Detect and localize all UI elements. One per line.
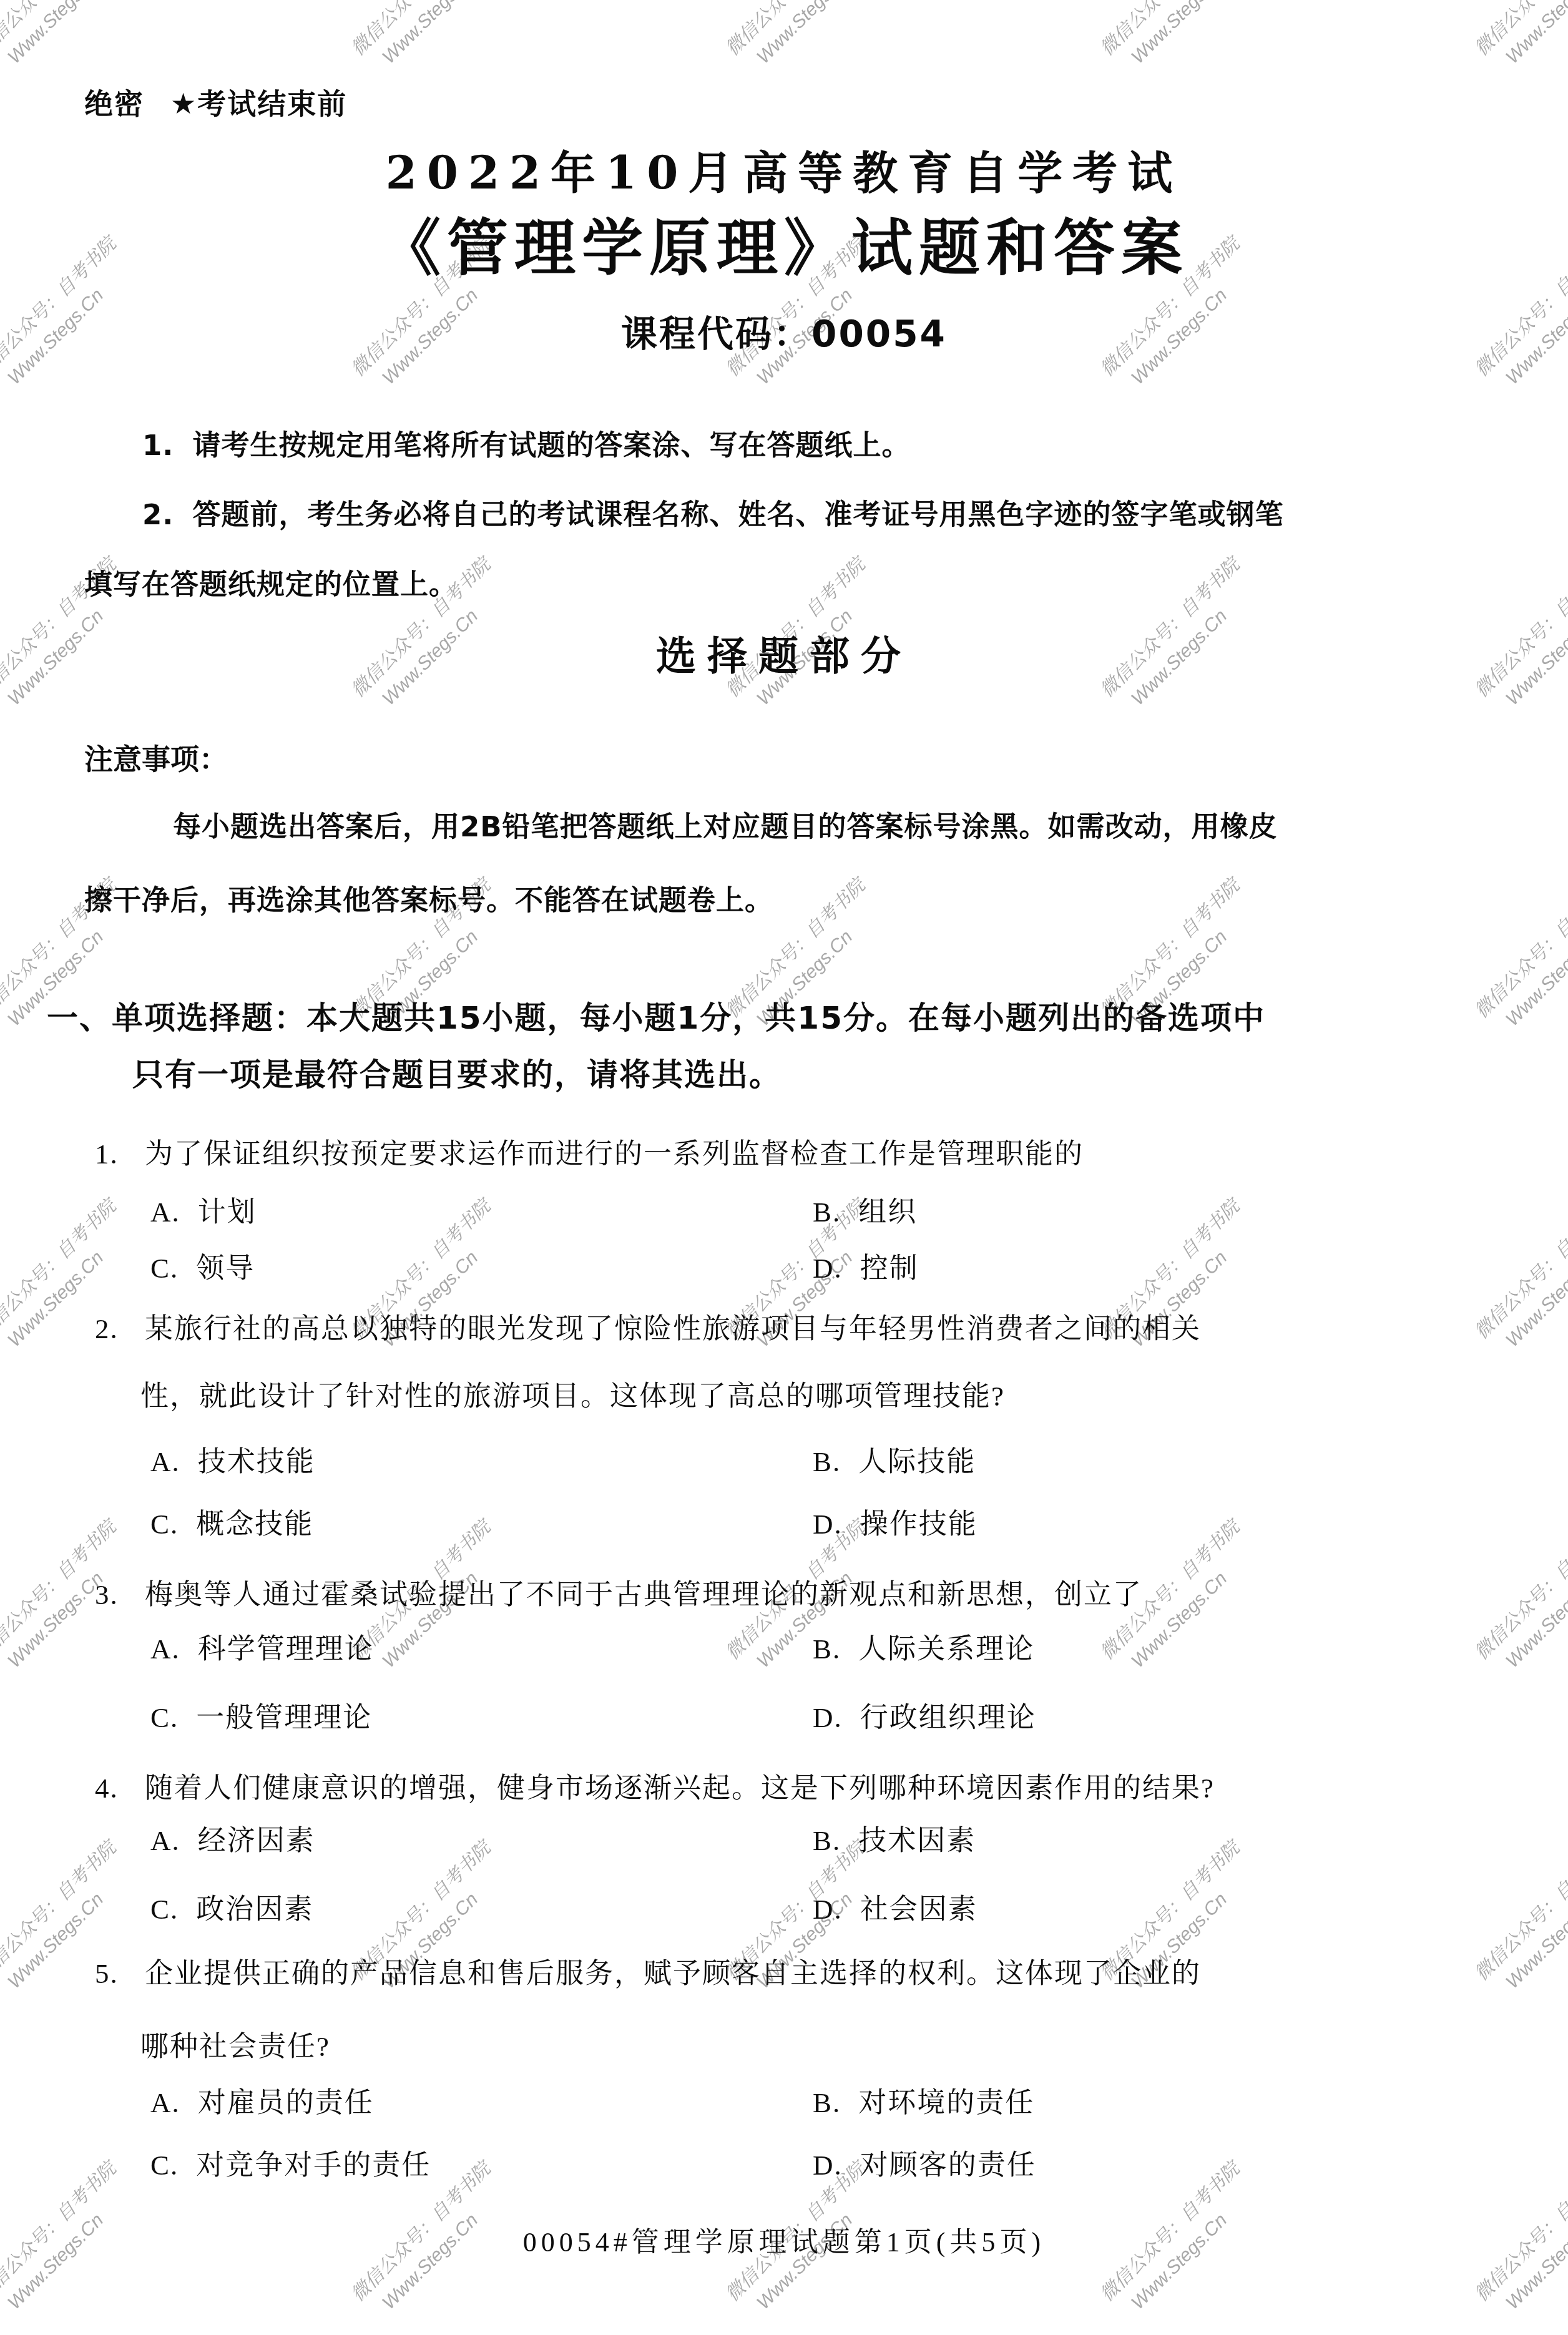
question-1-number: 1. bbox=[95, 1138, 119, 1171]
option-label: C. bbox=[150, 1702, 179, 1733]
option-label: A. bbox=[150, 1633, 180, 1665]
option-label: D. bbox=[813, 1894, 843, 1925]
option-label: B. bbox=[813, 2087, 841, 2118]
instruction-1: 1.请考生按规定用笔将所有试题的答案涂、写在答题纸上。 bbox=[142, 429, 910, 462]
option-label: A. bbox=[150, 1446, 180, 1477]
notice-label: 注意事项： bbox=[84, 743, 228, 776]
question-2-option-c: C.概念技能 bbox=[150, 1509, 313, 1541]
watermark: 微信公众号：自考书院Www.Stegs.Cn bbox=[1469, 1515, 1568, 1686]
question-1-option-d: D.控制 bbox=[813, 1253, 919, 1285]
option-label: C. bbox=[150, 1894, 179, 1925]
question-3-option-c: C.一般管理理论 bbox=[150, 1702, 372, 1735]
question-2-option-b: B.人际技能 bbox=[813, 1446, 976, 1479]
question-1-option-c: C.领导 bbox=[150, 1253, 255, 1285]
question-5-option-d: D.对顾客的责任 bbox=[813, 2150, 1036, 2182]
option-text: 技术技能 bbox=[198, 1446, 315, 1477]
question-5-option-c: C.对竞争对手的责任 bbox=[150, 2150, 431, 2182]
instruction-2-line1: 2.答题前，考生务必将自己的考试课程名称、姓名、准考证号用黑色字迹的签字笔或钢笔 bbox=[142, 499, 1283, 531]
question-2-number: 2. bbox=[95, 1313, 119, 1346]
watermark: 微信公众号：自考书院Www.Stegs.Cn bbox=[0, 1194, 142, 1365]
option-text: 行政组织理论 bbox=[860, 1702, 1036, 1733]
instruction-2-line2: 填写在答题纸规定的位置上。 bbox=[84, 569, 458, 601]
instruction-1-number: 1. bbox=[142, 429, 174, 462]
question-3-option-a: A.科学管理理论 bbox=[150, 1633, 374, 1666]
option-text: 概念技能 bbox=[196, 1509, 313, 1540]
question-5-stem-line1: 企业提供正确的产品信息和售后服务，赋予顾客自主选择的权利。这体现了企业的 bbox=[145, 1958, 1201, 1990]
question-2-stem-line1: 某旅行社的高总以独特的眼光发现了惊险性旅游项目与年轻男性消费者之间的相关 bbox=[145, 1313, 1201, 1346]
notice-line2: 擦干净后，再选涂其他答案标号。不能答在试题卷上。 bbox=[84, 884, 773, 917]
question-5-option-a: A.对雇员的责任 bbox=[150, 2087, 374, 2120]
question-2-stem-line2: 性，就此设计了针对性的旅游项目。这体现了高总的哪项管理技能? bbox=[140, 1381, 1005, 1413]
option-text: 社会因素 bbox=[860, 1894, 978, 1925]
question-3-option-b: B.人际关系理论 bbox=[813, 1633, 1034, 1666]
option-label: D. bbox=[813, 1509, 843, 1540]
watermark: 微信公众号：自考书院Www.Stegs.Cn bbox=[0, 1836, 142, 2007]
exam-paper-page: 微信公众号：自考书院Www.Stegs.Cn微信公众号：自考书院Www.Steg… bbox=[0, 0, 1568, 2335]
watermark: 微信公众号：自考书院Www.Stegs.Cn bbox=[345, 0, 516, 81]
option-text: 领导 bbox=[196, 1253, 255, 1284]
option-label: C. bbox=[150, 2150, 179, 2181]
question-2-option-a: A.技术技能 bbox=[150, 1446, 315, 1479]
watermark: 微信公众号：自考书院Www.Stegs.Cn bbox=[1094, 0, 1265, 81]
option-text: 对竞争对手的责任 bbox=[196, 2150, 431, 2181]
question-4-stem: 随着人们健康意识的增强，健身市场逐渐兴起。这是下列哪种环境因素作用的结果? bbox=[145, 1773, 1215, 1805]
question-1-option-b: B.组织 bbox=[813, 1197, 917, 1229]
question-type-heading-line1: 一、单项选择题：本大题共15小题，每小题1分，共15分。在每小题列出的备选项中 bbox=[47, 1001, 1265, 1037]
instruction-2-number: 2. bbox=[142, 498, 174, 531]
option-text: 政治因素 bbox=[196, 1894, 313, 1925]
question-4-option-d: D.社会因素 bbox=[813, 1894, 978, 1926]
watermark: 微信公众号：自考书院Www.Stegs.Cn bbox=[0, 0, 142, 81]
question-type-heading-line2: 只有一项是最符合题目要求的，请将其选出。 bbox=[132, 1057, 782, 1094]
option-text: 对环境的责任 bbox=[858, 2087, 1034, 2118]
question-1-option-a: A.计划 bbox=[150, 1197, 257, 1229]
option-label: B. bbox=[813, 1446, 841, 1477]
option-label: A. bbox=[150, 2087, 180, 2118]
option-text: 操作技能 bbox=[860, 1509, 978, 1540]
option-label: A. bbox=[150, 1825, 180, 1856]
question-4-option-a: A.经济因素 bbox=[150, 1825, 315, 1858]
option-text: 控制 bbox=[860, 1253, 919, 1284]
option-label: C. bbox=[150, 1509, 179, 1540]
secrecy-line: 绝密★考试结束前 bbox=[84, 87, 347, 120]
question-5-stem-line2: 哪种社会责任? bbox=[140, 2031, 330, 2063]
option-label: B. bbox=[813, 1825, 841, 1856]
question-1-stem: 为了保证组织按预定要求运作而进行的一系列监督检查工作是管理职能的 bbox=[145, 1138, 1084, 1171]
question-3-number: 3. bbox=[95, 1579, 119, 1612]
watermark: 微信公众号：自考书院Www.Stegs.Cn bbox=[0, 1515, 142, 1686]
option-text: 一般管理理论 bbox=[196, 1702, 372, 1733]
option-text: 对雇员的责任 bbox=[198, 2087, 374, 2118]
instruction-1-text: 请考生按规定用笔将所有试题的答案涂、写在答题纸上。 bbox=[192, 429, 910, 462]
watermark: 微信公众号：自考书院Www.Stegs.Cn bbox=[1469, 1836, 1568, 2007]
question-2-option-d: D.操作技能 bbox=[813, 1509, 978, 1541]
secrecy-note: ★考试结束前 bbox=[170, 87, 347, 120]
watermark: 微信公众号：自考书院Www.Stegs.Cn bbox=[1469, 1194, 1568, 1365]
watermark: 微信公众号：自考书院Www.Stegs.Cn bbox=[720, 0, 891, 81]
option-text: 组织 bbox=[858, 1197, 917, 1228]
option-text: 计划 bbox=[198, 1197, 257, 1228]
course-code: 课程代码：00054 bbox=[0, 313, 1568, 355]
option-label: D. bbox=[813, 2150, 843, 2181]
option-text: 人际技能 bbox=[858, 1446, 976, 1477]
question-5-option-b: B.对环境的责任 bbox=[813, 2087, 1034, 2120]
paper-title: 《管理学原理》试题和答案 bbox=[0, 213, 1568, 284]
option-text: 技术因素 bbox=[858, 1825, 976, 1856]
question-4-number: 4. bbox=[95, 1773, 119, 1805]
watermark: 微信公众号：自考书院Www.Stegs.Cn bbox=[1469, 873, 1568, 1044]
instruction-2-text: 答题前，考生务必将自己的考试课程名称、姓名、准考证号用黑色字迹的签字笔或钢笔 bbox=[192, 498, 1283, 531]
option-label: D. bbox=[813, 1253, 843, 1284]
question-3-stem: 梅奥等人通过霍桑试验提出了不同于古典管理理论的新观点和新思想，创立了 bbox=[145, 1579, 1142, 1612]
option-label: B. bbox=[813, 1197, 841, 1228]
option-text: 对顾客的责任 bbox=[860, 2150, 1036, 2181]
question-5-number: 5. bbox=[95, 1958, 119, 1990]
part-title: 选择题部分 bbox=[0, 634, 1568, 680]
option-text: 科学管理理论 bbox=[198, 1633, 374, 1665]
exam-session-title: 2022年10月高等教育自学考试 bbox=[0, 147, 1568, 199]
option-text: 经济因素 bbox=[198, 1825, 315, 1856]
option-text: 人际关系理论 bbox=[858, 1633, 1034, 1665]
watermark: 微信公众号：自考书院Www.Stegs.Cn bbox=[1469, 0, 1568, 81]
question-4-option-b: B.技术因素 bbox=[813, 1825, 976, 1858]
option-label: B. bbox=[813, 1633, 841, 1665]
secrecy-label: 绝密 bbox=[84, 87, 144, 120]
question-4-option-c: C.政治因素 bbox=[150, 1894, 313, 1926]
notice-line1: 每小题选出答案后，用2B铅笔把答题纸上对应题目的答案标号涂黑。如需改动，用橡皮 bbox=[173, 811, 1278, 843]
option-label: A. bbox=[150, 1197, 180, 1228]
option-label: D. bbox=[813, 1702, 843, 1733]
option-label: C. bbox=[150, 1253, 179, 1284]
question-3-option-d: D.行政组织理论 bbox=[813, 1702, 1036, 1735]
footer-page-info: 00054#管理学原理试题第1页(共5页) bbox=[0, 2227, 1568, 2259]
